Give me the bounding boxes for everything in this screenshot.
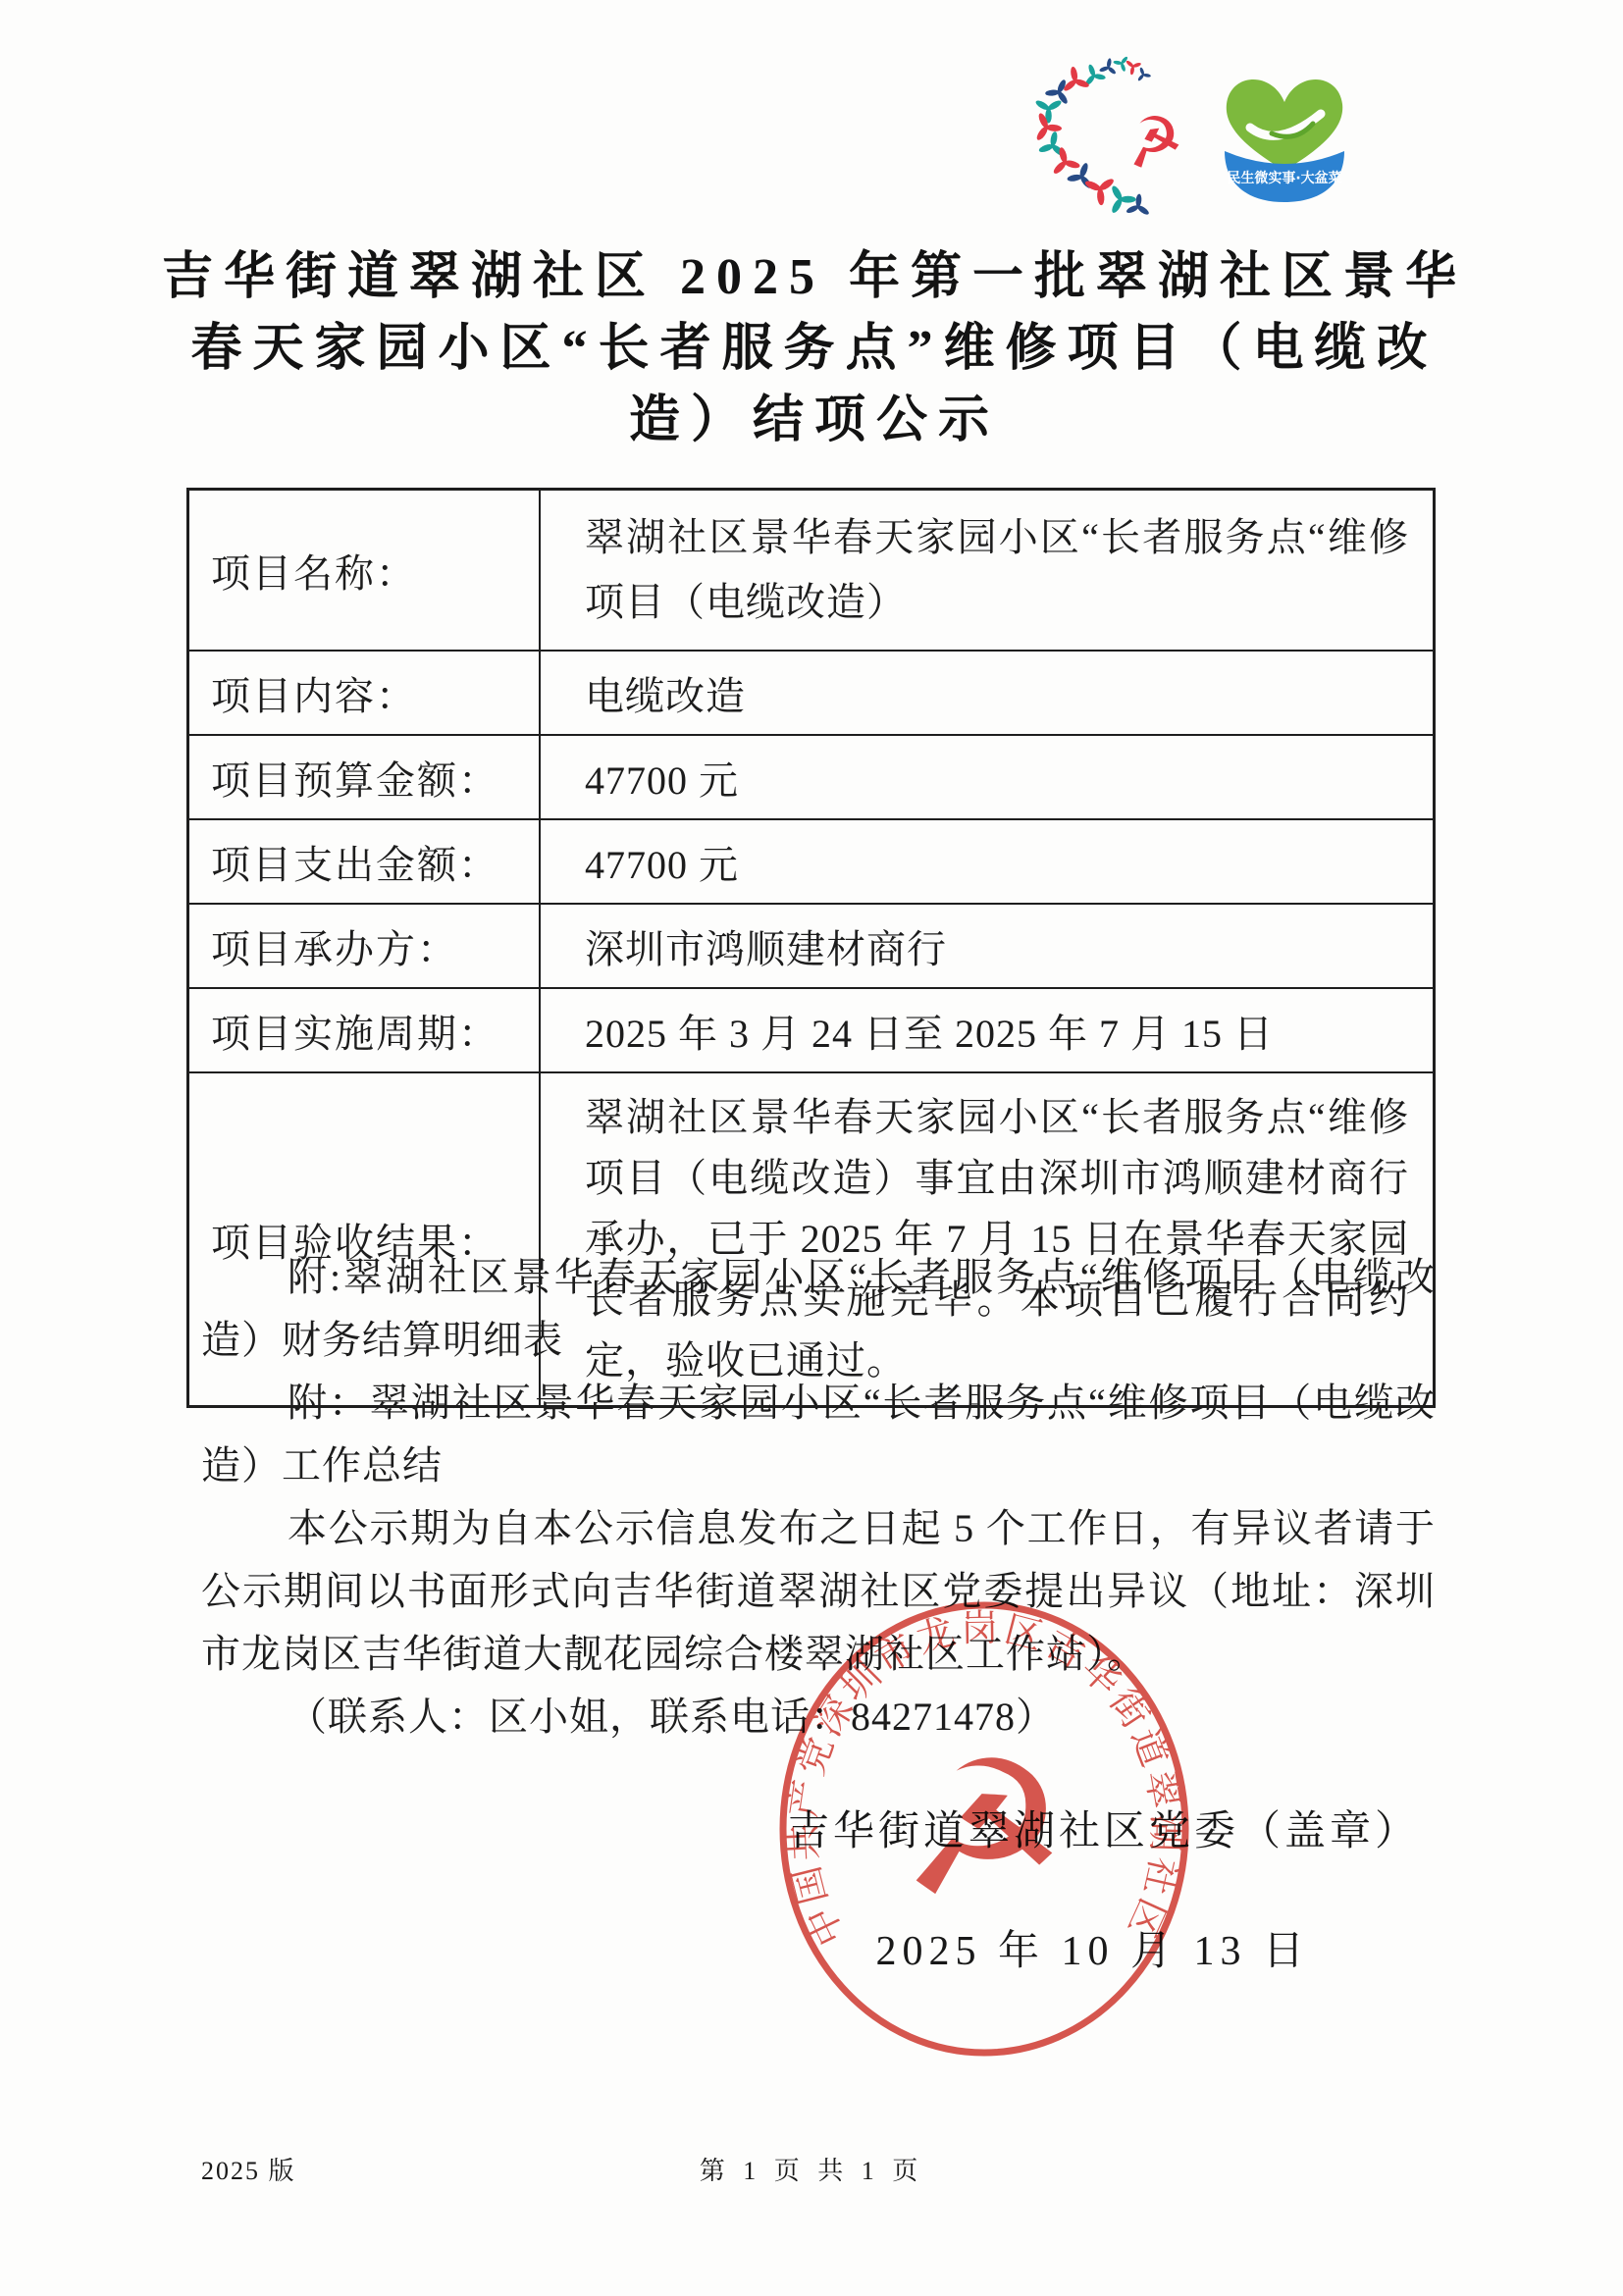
attachment-paragraph-1: 附:翠湖社区景华春天家园小区“长者服务点“维修项目（电缆改造）财务结算明细表 <box>201 1246 1436 1372</box>
attachment-paragraph-2: 附：翠湖社区景华春天家园小区“长者服务点“维修项目（电缆改造）工作总结 <box>201 1372 1436 1497</box>
seal-hammer-sickle-icon: ☭ <box>901 1721 1068 1938</box>
table-row-expense-amount: 项目支出金额： 47700 元 <box>188 819 1435 904</box>
row-value: 2025 年 3 月 24 日至 2025 年 7 月 15 日 <box>540 988 1435 1072</box>
document-title: 吉华街道翠湖社区 2025 年第一批翠湖社区景华 春天家园小区“长者服务点”维修… <box>145 241 1484 456</box>
title-line-3: 造）结项公示 <box>145 385 1484 456</box>
scanned-announcement-page: ☭ 民生微实事·大盆菜 吉华街道翠湖社区 2025 年第一批翠湖社区景华 春天家… <box>0 0 1623 2296</box>
party-heart-pinwheel-icon: ☭ <box>1013 51 1185 216</box>
table-row-project-content: 项目内容： 电缆改造 <box>188 651 1435 735</box>
row-value: 47700 元 <box>540 735 1435 819</box>
title-line-1: 吉华街道翠湖社区 2025 年第一批翠湖社区景华 <box>145 241 1484 313</box>
official-red-seal: 中国共产党深圳市龙岗区吉华街道翠湖社区委员会 ☭ <box>768 1592 1200 2067</box>
table-row-contractor: 项目承办方： 深圳市鸿顺建材商行 <box>188 904 1435 988</box>
minsheng-heart-bowl-icon: 民生微实事·大盆菜 <box>1211 51 1358 210</box>
row-value: 电缆改造 <box>540 651 1435 735</box>
row-value: 深圳市鸿顺建材商行 <box>540 904 1435 988</box>
row-label: 项目预算金额： <box>188 735 541 819</box>
row-value: 47700 元 <box>540 819 1435 904</box>
row-label: 项目内容： <box>188 651 541 735</box>
row-value: 翠湖社区景华春天家园小区“长者服务点“维修项目（电缆改造） <box>540 490 1435 652</box>
row-label: 项目支出金额： <box>188 819 541 904</box>
title-line-2: 春天家园小区“长者服务点”维修项目（电缆改 <box>145 313 1484 385</box>
row-label: 项目承办方： <box>188 904 541 988</box>
row-label: 项目实施周期： <box>188 988 541 1072</box>
table-row-project-name: 项目名称： 翠湖社区景华春天家园小区“长者服务点“维修项目（电缆改造） <box>188 490 1435 652</box>
footer-page-number: 第 1 页 共 1 页 <box>0 2151 1623 2187</box>
header-logos: ☭ 民生微实事·大盆菜 <box>1013 51 1358 216</box>
row-label: 项目名称： <box>188 490 541 652</box>
table-row-budget-amount: 项目预算金额： 47700 元 <box>188 735 1435 819</box>
minsheng-logo-label: 民生微实事·大盆菜 <box>1227 170 1341 186</box>
table-row-implementation-period: 项目实施周期： 2025 年 3 月 24 日至 2025 年 7 月 15 日 <box>188 988 1435 1072</box>
hammer-sickle-icon: ☭ <box>1117 98 1185 185</box>
